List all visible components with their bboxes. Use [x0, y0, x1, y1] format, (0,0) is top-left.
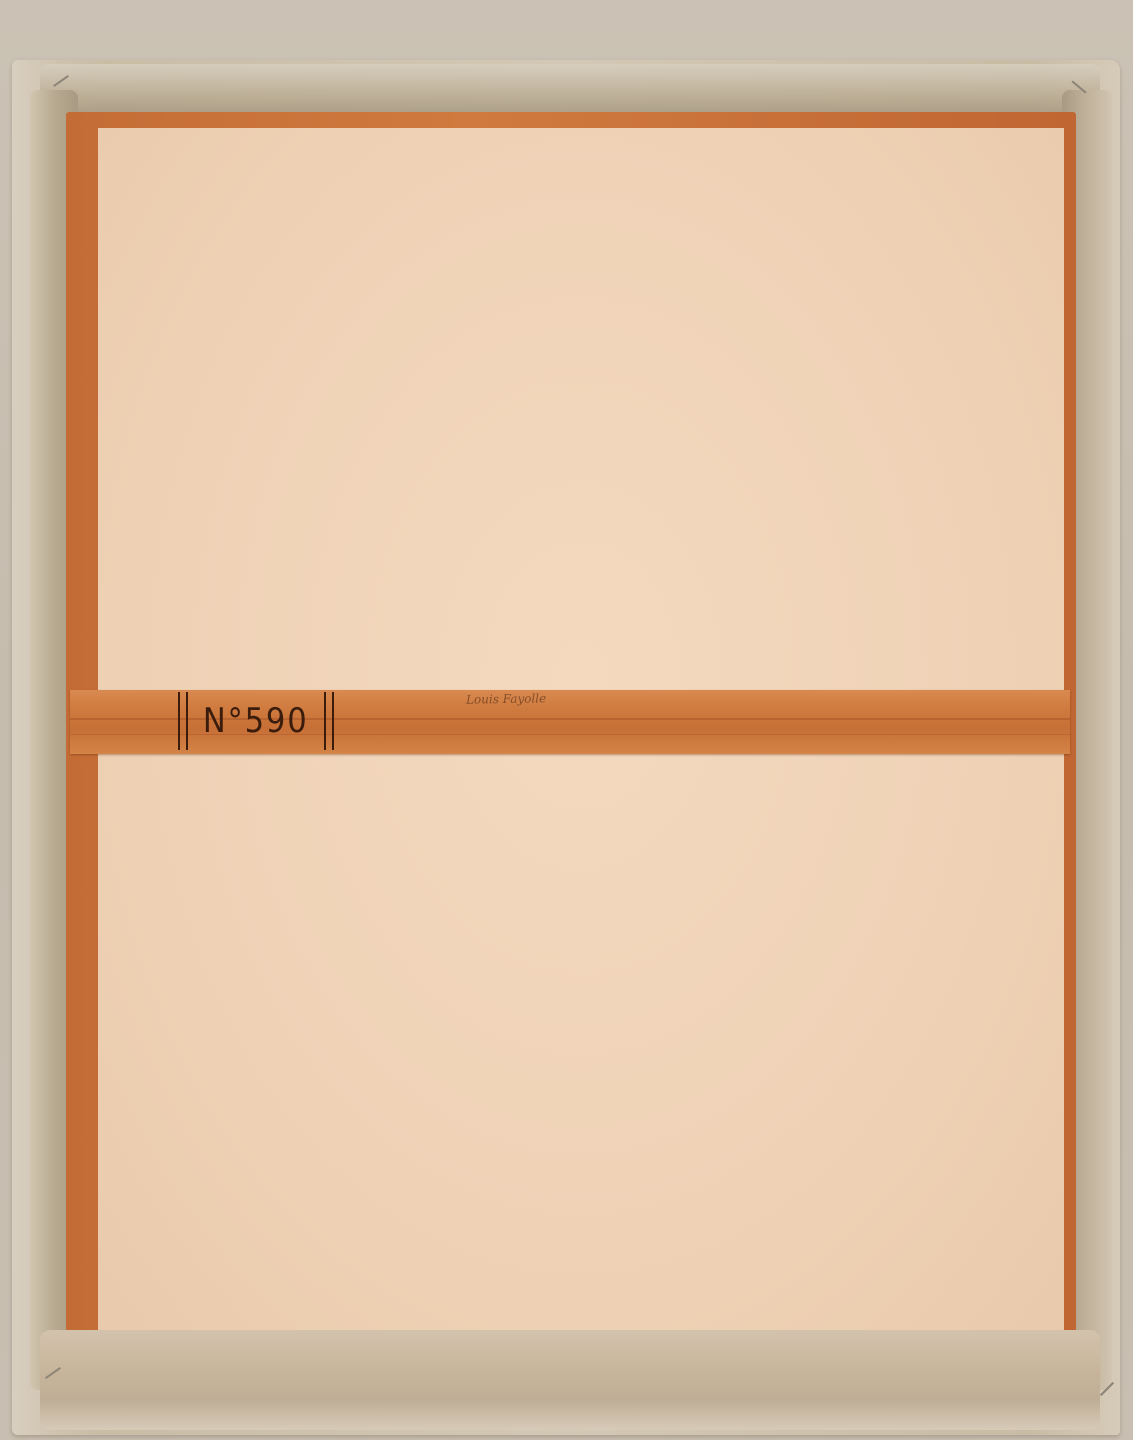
linen-fold-bottom: [40, 1330, 1100, 1430]
stamp-border-left: [178, 692, 188, 750]
stamp-border-right: [324, 692, 334, 750]
pencil-inscription: Louis Fayolle: [466, 691, 546, 706]
inventory-stamp: N°590: [178, 690, 334, 752]
stamp-number: N°590: [203, 701, 309, 741]
